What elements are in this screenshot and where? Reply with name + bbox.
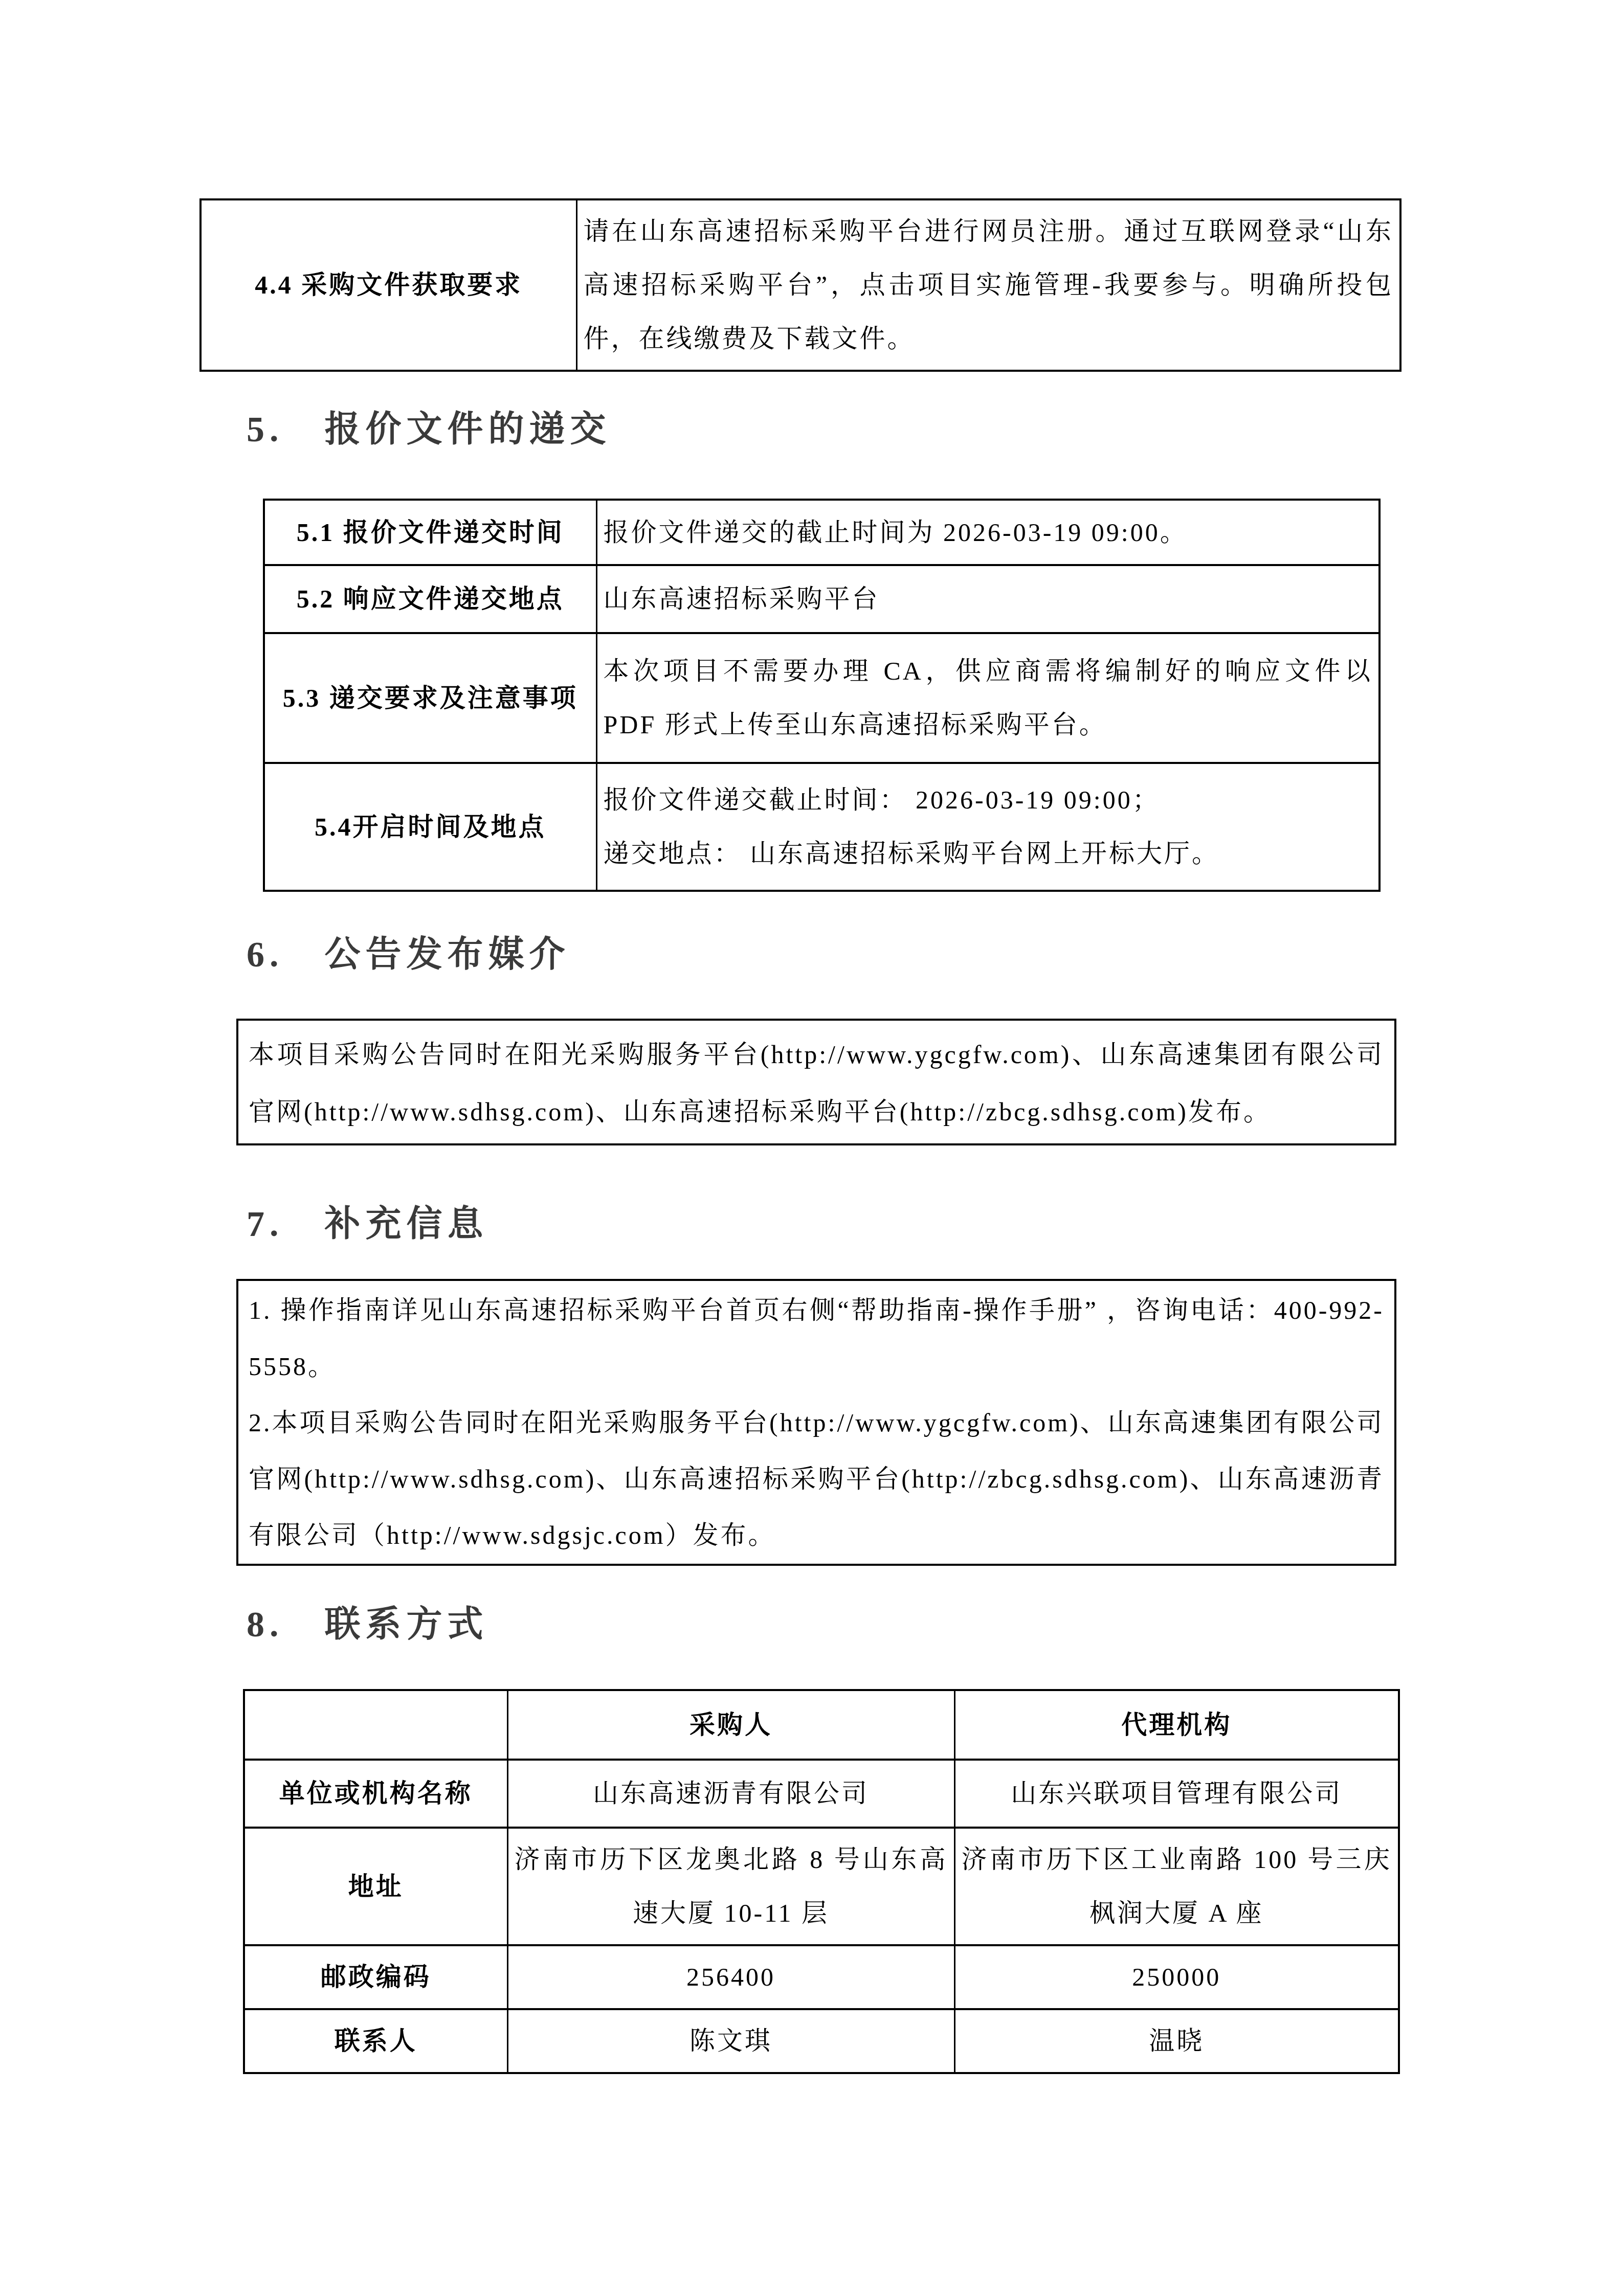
row-4-4-label: 4.4 采购文件获取要求 — [201, 199, 576, 371]
corner-cell — [244, 1690, 507, 1760]
section-7-heading: 7. 补充信息 — [247, 1207, 488, 1243]
section-8-heading: 8. 联系方式 — [247, 1607, 488, 1643]
postcode-label: 邮政编码 — [244, 1945, 507, 2009]
address-purchaser: 济南市历下区龙奥北路 8 号山东高速大厦 10-11 层 — [507, 1828, 954, 1945]
section-6-heading: 6. 公告发布媒介 — [247, 937, 570, 973]
col-header-agency: 代理机构 — [954, 1690, 1399, 1760]
row-5-3-content: 本次项目不需要办理 CA，供应商需将编制好的响应文件以 PDF 形式上传至山东高… — [596, 633, 1380, 763]
table-row: 邮政编码 256400 250000 — [244, 1945, 1399, 2009]
row-5-4-content: 报价文件递交截止时间： 2026-03-19 09:00； 递交地点： 山东高速… — [596, 763, 1380, 891]
org-name-label: 单位或机构名称 — [244, 1760, 507, 1828]
row-5-4-label: 5.4开启时间及地点 — [264, 763, 596, 891]
org-name-agency: 山东兴联项目管理有限公司 — [954, 1760, 1399, 1828]
document-page: 4.4 采购文件获取要求 请在山东高速招标采购平台进行网员注册。通过互联网登录“… — [0, 0, 1624, 2296]
col-header-purchaser: 采购人 — [507, 1690, 954, 1760]
row-5-1-label: 5.1 报价文件递交时间 — [264, 500, 596, 565]
postcode-agency: 250000 — [954, 1945, 1399, 2009]
table-header-row: 采购人 代理机构 — [244, 1690, 1399, 1760]
org-name-purchaser: 山东高速沥青有限公司 — [507, 1760, 954, 1828]
address-agency: 济南市历下区工业南路 100 号三庆枫润大厦 A 座 — [954, 1828, 1399, 1945]
contact-person-label: 联系人 — [244, 2009, 507, 2073]
supplementary-item-2: 2.本项目采购公告同时在阳光采购服务平台(http://www.ygcgfw.c… — [249, 1394, 1384, 1563]
table-row: 5.3 递交要求及注意事项 本次项目不需要办理 CA，供应商需将编制好的响应文件… — [264, 633, 1380, 763]
row-5-3-label: 5.3 递交要求及注意事项 — [264, 633, 596, 763]
table-row: 5.2 响应文件递交地点 山东高速招标采购平台 — [264, 565, 1380, 633]
deadline-line: 报价文件递交截止时间： 2026-03-19 09:00； — [604, 773, 1373, 827]
contact-person-agency: 温晓 — [954, 2009, 1399, 2073]
file-acquisition-table: 4.4 采购文件获取要求 请在山东高速招标采购平台进行网员注册。通过互联网登录“… — [199, 198, 1401, 372]
location-line: 递交地点： 山东高速招标采购平台网上开标大厅。 — [604, 827, 1373, 881]
row-5-1-content: 报价文件递交的截止时间为 2026-03-19 09:00。 — [596, 500, 1380, 565]
contact-table: 采购人 代理机构 单位或机构名称 山东高速沥青有限公司 山东兴联项目管理有限公司… — [243, 1689, 1400, 2074]
row-5-2-content: 山东高速招标采购平台 — [596, 565, 1380, 633]
contact-person-purchaser: 陈文琪 — [507, 2009, 954, 2073]
table-row: 5.4开启时间及地点 报价文件递交截止时间： 2026-03-19 09:00；… — [264, 763, 1380, 891]
address-label: 地址 — [244, 1828, 507, 1945]
postcode-purchaser: 256400 — [507, 1945, 954, 2009]
row-5-2-label: 5.2 响应文件递交地点 — [264, 565, 596, 633]
supplementary-info-box: 1. 操作指南详见山东高速招标采购平台首页右侧“帮助指南-操作手册” ，咨询电话… — [236, 1279, 1396, 1566]
quotation-submission-table: 5.1 报价文件递交时间 报价文件递交的截止时间为 2026-03-19 09:… — [263, 499, 1381, 892]
supplementary-item-1: 1. 操作指南详见山东高速招标采购平台首页右侧“帮助指南-操作手册” ，咨询电话… — [249, 1282, 1384, 1394]
table-row: 4.4 采购文件获取要求 请在山东高速招标采购平台进行网员注册。通过互联网登录“… — [201, 199, 1400, 371]
table-row: 地址 济南市历下区龙奥北路 8 号山东高速大厦 10-11 层 济南市历下区工业… — [244, 1828, 1399, 1945]
row-4-4-content: 请在山东高速招标采购平台进行网员注册。通过互联网登录“山东高速招标采购平台”，点… — [576, 199, 1400, 371]
announcement-media-box: 本项目采购公告同时在阳光采购服务平台(http://www.ygcgfw.com… — [236, 1019, 1396, 1145]
table-row: 联系人 陈文琪 温晓 — [244, 2009, 1399, 2073]
announcement-media-text: 本项目采购公告同时在阳光采购服务平台(http://www.ygcgfw.com… — [249, 1026, 1384, 1140]
section-5-heading: 5. 报价文件的递交 — [247, 412, 611, 448]
table-row: 5.1 报价文件递交时间 报价文件递交的截止时间为 2026-03-19 09:… — [264, 500, 1380, 565]
table-row: 单位或机构名称 山东高速沥青有限公司 山东兴联项目管理有限公司 — [244, 1760, 1399, 1828]
